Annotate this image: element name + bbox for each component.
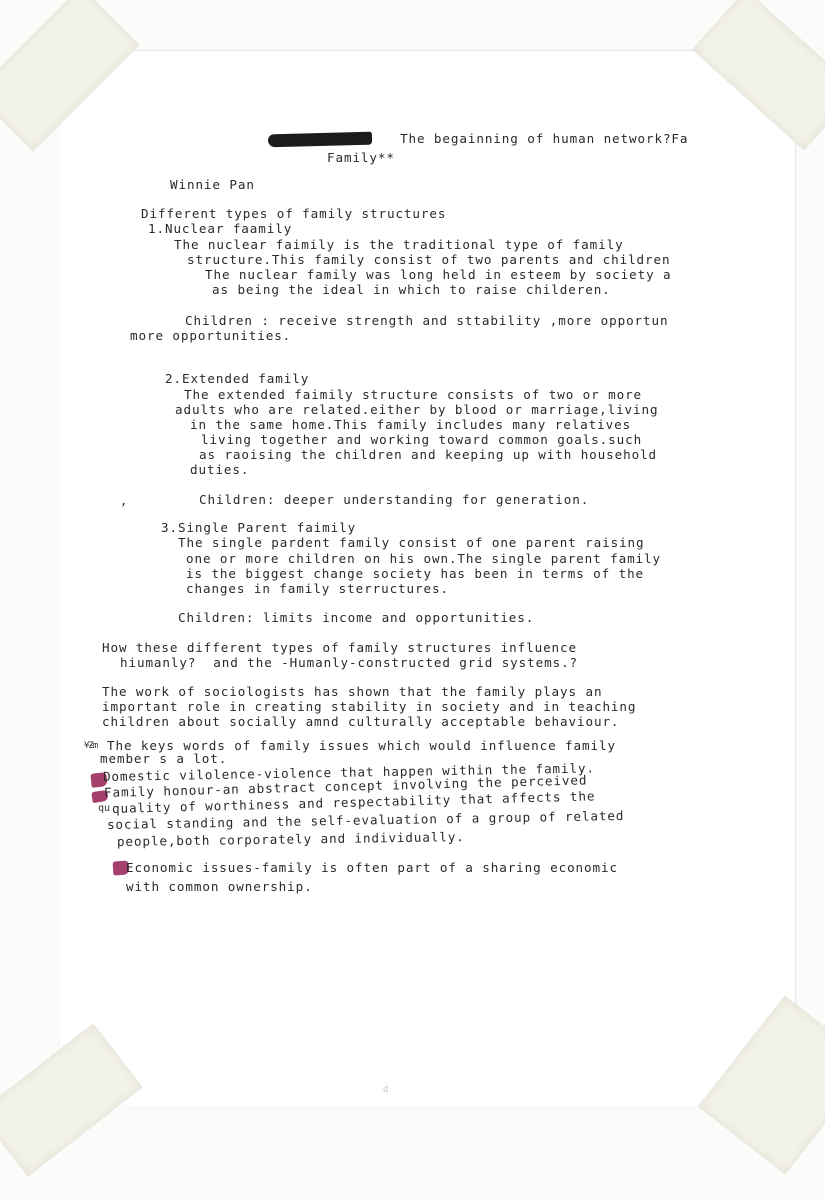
page-mark: d — [383, 1085, 388, 1095]
single-parent-line: The single pardent family consist of one… — [178, 536, 645, 550]
title-line-1: The begainning of human network?Fa — [400, 132, 688, 146]
single-parent-children: Children: limits income and opportunitie… — [178, 611, 534, 625]
question-line: How these different types of family stru… — [102, 641, 577, 655]
sociologists-line: The work of sociologists has shown that … — [102, 685, 602, 699]
nuclear-children: Children : receive strength and sttabili… — [185, 314, 668, 328]
single-parent-heading: 3.Single Parent faimily — [161, 521, 356, 535]
extended-line: adults who are related.either by blood o… — [175, 403, 658, 417]
overtyped-scrap: ¥Ƶm — [84, 741, 97, 751]
nuclear-line: structure.This family consist of two par… — [187, 253, 670, 267]
single-parent-line: changes in family sterructures. — [186, 582, 449, 596]
nuclear-line: The nuclear family was long held in este… — [205, 268, 672, 282]
extended-children: Children: deeper understanding for gener… — [199, 493, 589, 507]
extended-line: The extended faimily structure consists … — [184, 388, 642, 402]
redacted-marker-bar — [268, 132, 372, 148]
single-parent-line: is the biggest change society has been i… — [186, 567, 644, 581]
extended-line: as raoising the children and keeping up … — [199, 448, 657, 462]
nuclear-line: The nuclear faimily is the traditional t… — [174, 238, 624, 252]
extended-line: in the same home.This family includes ma… — [190, 418, 631, 432]
nuclear-children: more opportunities. — [130, 329, 291, 343]
title-line-2: Family** — [327, 151, 395, 165]
keyword-economic-issues: Economic issues-family is often part of … — [126, 861, 618, 875]
author-name: Winnie Pan — [170, 178, 255, 192]
nuclear-heading: 1.Nuclear faamily — [148, 222, 292, 236]
section-heading: Different types of family structures — [141, 207, 446, 221]
single-parent-line: one or more children on his own.The sing… — [186, 552, 661, 566]
extended-heading: 2.Extended family — [165, 372, 309, 386]
extended-line: duties. — [190, 463, 249, 477]
stray-comma: , — [120, 494, 127, 508]
sociologists-line: children about socially amnd culturally … — [102, 715, 619, 729]
extended-line: living together and working toward commo… — [201, 433, 642, 447]
nuclear-line: as being the ideal in which to raise chi… — [212, 283, 611, 297]
question-line: hiumanly? and the -Humanly-constructed g… — [120, 656, 578, 670]
keywords-intro-line: member s a lot. — [100, 752, 227, 766]
sociologists-line: important role in creating stability in … — [102, 700, 636, 714]
overstrike-letters: qu — [98, 803, 110, 814]
keyword-economic-issues-line: with common ownership. — [126, 880, 313, 894]
